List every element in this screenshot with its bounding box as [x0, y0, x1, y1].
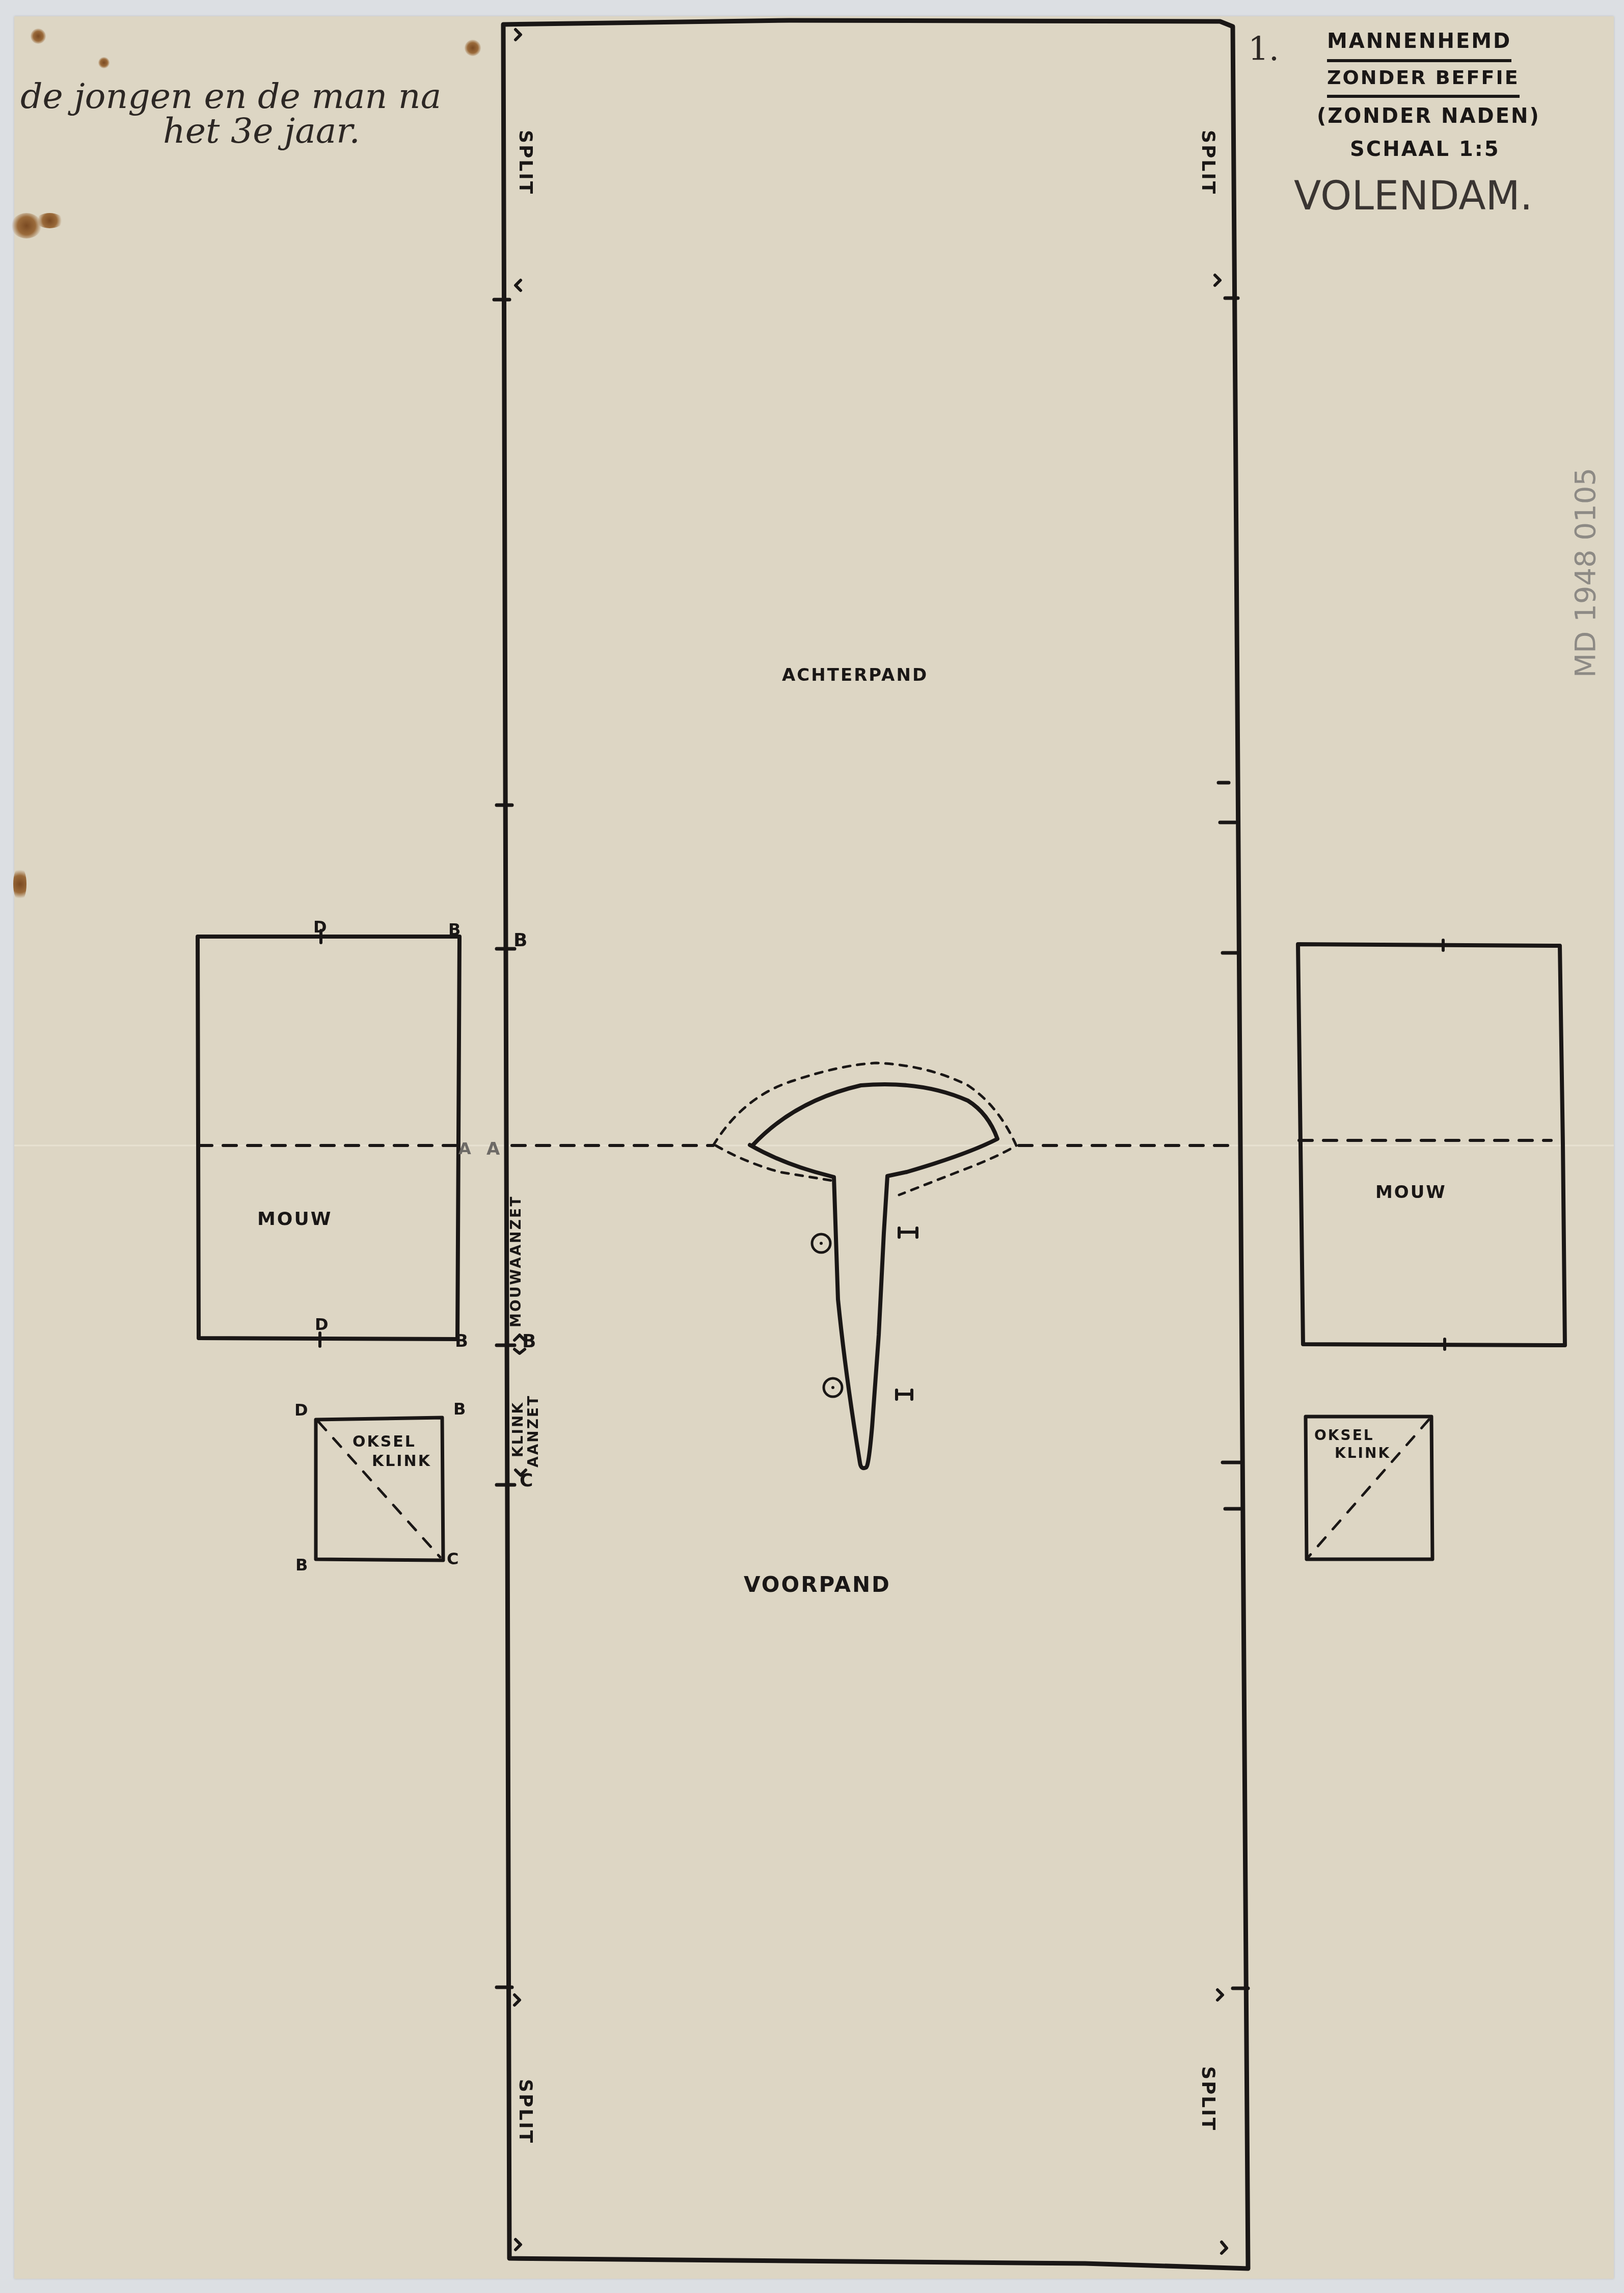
left-gusset-label-line2: KLINK [372, 1452, 431, 1470]
left-gusset-label-line1: OKSEL [353, 1433, 416, 1451]
left-sleeve-corner-b-top: B [448, 920, 462, 939]
right-sleeve-label: MOUW [1375, 1182, 1447, 1203]
split-label-top-left: SPLIT [515, 130, 536, 195]
neck-opening-outline [750, 1084, 997, 1468]
sleeve-attach-label: MOUWAANZET [507, 1195, 524, 1327]
split-label-bottom-left: SPLIT [515, 2079, 536, 2144]
left-sleeve-corner-a: A [458, 1139, 473, 1158]
left-gusset-corner-br: C [447, 1549, 460, 1568]
marker-a-fold: A [486, 1139, 501, 1159]
gusset-attach-label-1: KLINK [509, 1401, 526, 1457]
handwritten-note-line2: het 3e jaar. [163, 111, 360, 151]
neck-seam-allowance [713, 1063, 1016, 1195]
split-label-bottom-right: SPLIT [1198, 2066, 1219, 2131]
sheet-number: 1. [1248, 31, 1279, 68]
inventory-number: MD 1948 0105 [1569, 468, 1602, 678]
place-name: VOLENDAM. [1294, 173, 1533, 219]
pattern-note: (ZONDER NADEN) [1317, 104, 1540, 128]
left-gusset-corner-bl: B [295, 1555, 309, 1575]
left-sleeve-corner-d-top: D [313, 917, 329, 937]
left-sleeve-outline [198, 937, 459, 1339]
marker-c: C [520, 1470, 534, 1491]
buttonhole-icon [897, 1228, 917, 1399]
right-gusset-label-line1: OKSEL [1314, 1427, 1374, 1444]
left-gusset-corner-tl: D [294, 1400, 310, 1420]
left-sleeve-label: MOUW [257, 1209, 332, 1230]
left-gusset-corner-tr: B [453, 1399, 467, 1419]
left-sleeve-corner-b-bottom: B [455, 1331, 470, 1351]
gusset-attach-label-2: AANZET [525, 1395, 542, 1468]
pattern-title: MANNENHEMD [1327, 30, 1511, 62]
pattern-drawing [0, 0, 1624, 2293]
back-panel-label: ACHTERPAND [782, 665, 928, 685]
marker-b-bottom: B [522, 1331, 537, 1352]
front-panel-label: VOORPAND [744, 1572, 891, 1597]
left-sleeve-corner-d-bottom: D [315, 1315, 330, 1334]
marker-b-top: B [513, 930, 529, 951]
right-gusset-label-line2: KLINK [1335, 1445, 1391, 1461]
split-label-top-right: SPLIT [1198, 130, 1219, 195]
pattern-scale: SCHAAL 1:5 [1350, 138, 1500, 161]
pattern-subtitle: ZONDER BEFFIE [1327, 66, 1520, 98]
